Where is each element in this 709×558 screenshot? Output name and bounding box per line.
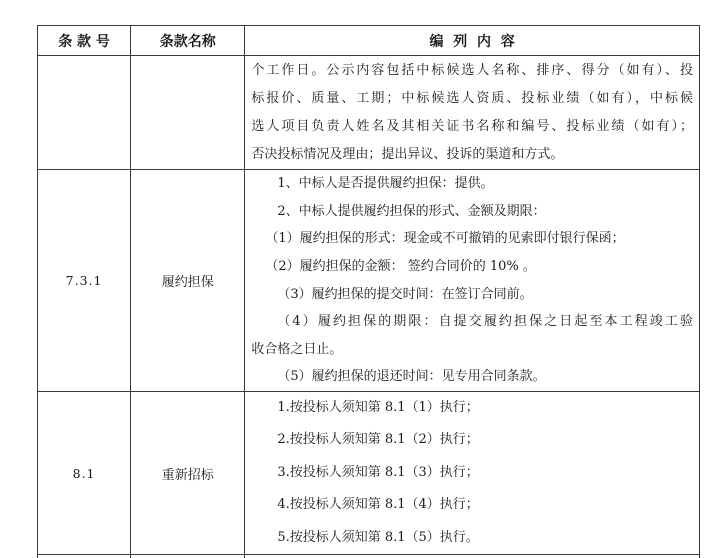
empty-cell — [38, 555, 131, 558]
table-row: 个工作日。公示内容包括中标候选人名称、排序、得分（如有）、投 标报价、质量、工期… — [38, 56, 700, 170]
content-line: 3.按投标人须知第 8.1（3）执行； — [251, 457, 693, 489]
table-row-partial — [38, 555, 700, 558]
content-line: 选人项目负责人姓名及其相关证书名称和编号、投标业绩（如有）； — [251, 113, 693, 141]
content-cell: 1、中标人是否提供履约担保：提供。 2、中标人提供履约担保的形式、金额及期限： … — [245, 170, 700, 392]
clause-no-cell: 7.3.1 — [38, 170, 131, 392]
content-line: （4）履约担保的期限：自提交履约担保之日起至本工程竣工验 — [251, 308, 693, 336]
content-line: 1.按投标人须知第 8.1（1）执行； — [251, 392, 693, 424]
clause-no-cell — [38, 56, 131, 170]
table-row: 7.3.1 履约担保 1、中标人是否提供履约担保：提供。 2、中标人提供履约担保… — [38, 170, 700, 392]
table-row: 8.1 重新招标 1.按投标人须知第 8.1（1）执行； 2.按投标人须知第 8… — [38, 392, 700, 555]
header-clause-name: 条款名称 — [131, 26, 245, 56]
header-content: 编 列 内 容 — [245, 26, 700, 56]
content-line: （1）履约担保的形式：现金或不可撤销的见索即付银行保函； — [251, 225, 693, 253]
content-cell: 个工作日。公示内容包括中标候选人名称、排序、得分（如有）、投 标报价、质量、工期… — [245, 56, 700, 170]
header-clause-no: 条 款 号 — [38, 26, 131, 56]
clause-no-cell: 8.1 — [38, 392, 131, 555]
clause-name-cell — [131, 56, 245, 170]
content-line: （5）履约担保的退还时间：见专用合同条款。 — [251, 363, 693, 391]
table-header-row: 条 款 号 条款名称 编 列 内 容 — [38, 26, 700, 56]
content-line: 个工作日。公示内容包括中标候选人名称、排序、得分（如有）、投 — [251, 57, 693, 85]
content-cell: 1.按投标人须知第 8.1（1）执行； 2.按投标人须知第 8.1（2）执行； … — [245, 392, 700, 555]
content-line: 5.按投标人须知第 8.1（5）执行。 — [251, 522, 693, 554]
content-line: （3）履约担保的提交时间：在签订合同前。 — [251, 281, 693, 309]
content-line: 2.按投标人须知第 8.1（2）执行； — [251, 424, 693, 456]
content-line: 2、中标人提供履约担保的形式、金额及期限： — [251, 198, 693, 226]
clause-name-cell: 重新招标 — [131, 392, 245, 555]
content-line: （2）履约担保的金额： 签约合同价的 10% 。 — [251, 253, 693, 281]
content-line: 4.按投标人须知第 8.1（4）执行； — [251, 489, 693, 521]
content-line: 标报价、质量、工期；中标候选人资质、投标业绩（如有），中标候 — [251, 85, 693, 113]
clause-table: 条 款 号 条款名称 编 列 内 容 个工作日。公示内容包括中标候选人名称、排序… — [37, 25, 700, 558]
empty-cell — [131, 555, 245, 558]
content-line: 1、中标人是否提供履约担保：提供。 — [251, 170, 693, 198]
content-line: 否决投标情况及理由；提出异议、投诉的渠道和方式。 — [251, 141, 693, 169]
content-line: 收合格之日止。 — [251, 336, 693, 364]
empty-cell — [245, 555, 700, 558]
clause-name-cell: 履约担保 — [131, 170, 245, 392]
